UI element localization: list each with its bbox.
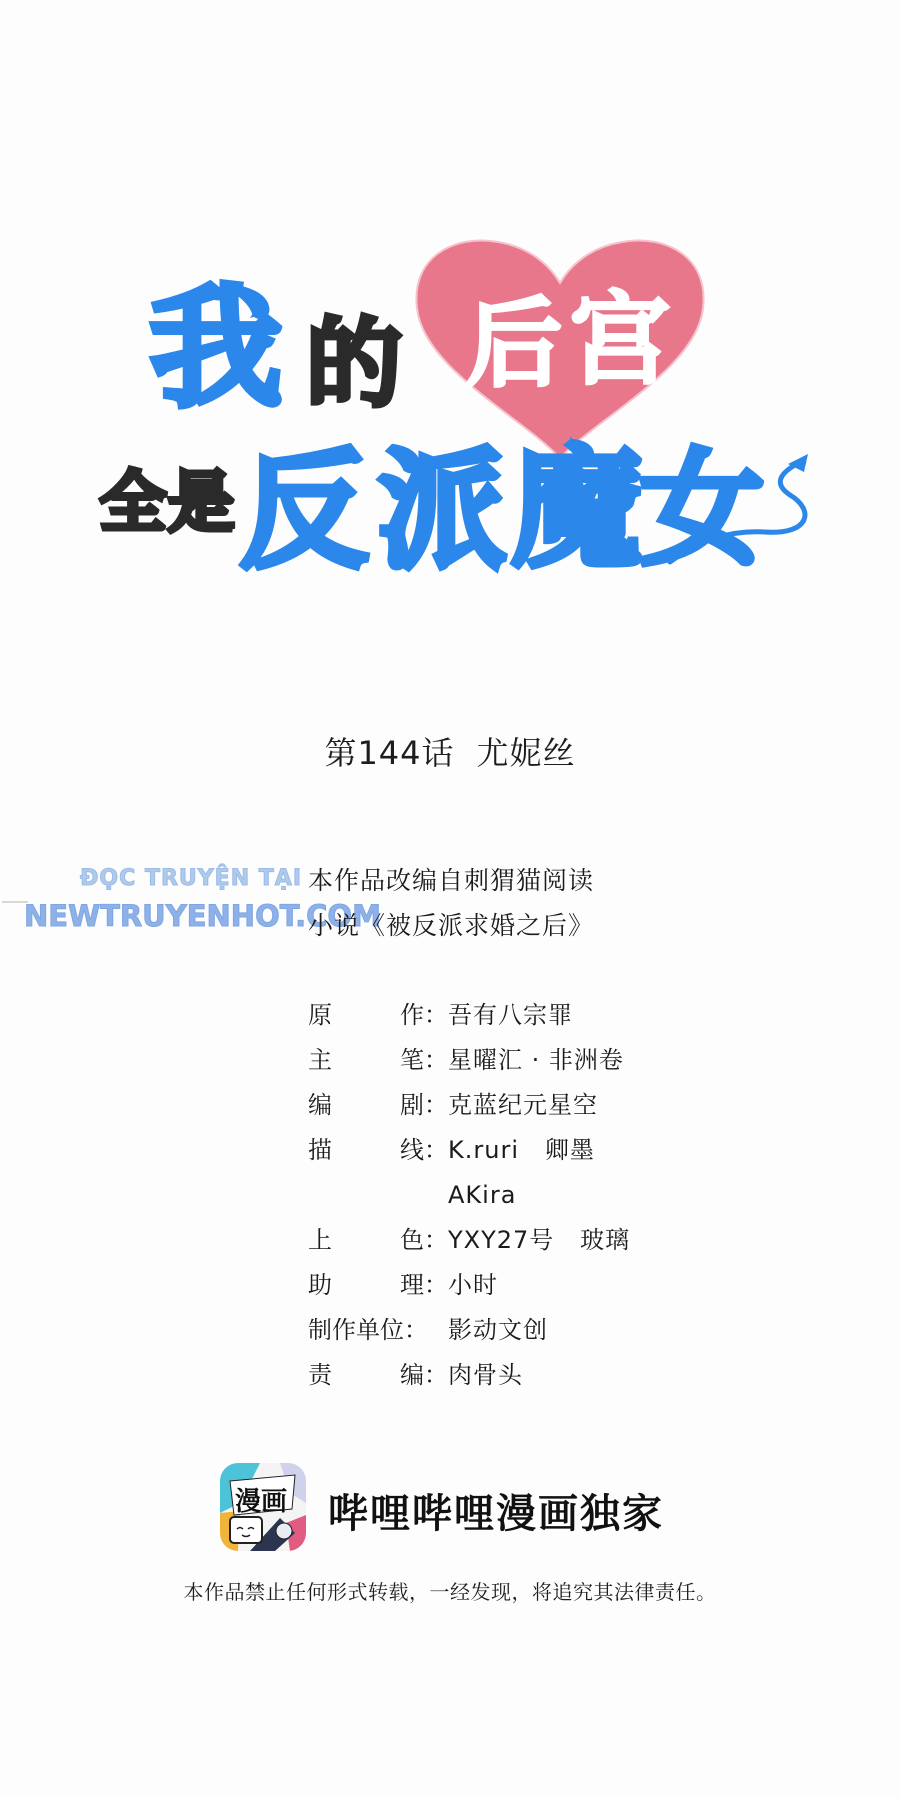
credit-value: 克蓝纪元星空 [448,1083,598,1128]
bilibili-manga-app-icon: 漫画 [220,1463,306,1551]
credit-label: 责编： [308,1353,448,1398]
logo-char-de: 的 [306,316,402,412]
credit-label: 助理： [308,1263,448,1308]
credit-row-original: 原作： 吾有八宗罪 [308,993,630,1038]
credit-row-editor: 责编： 肉骨头 [308,1353,630,1398]
credit-value: AKira [448,1173,516,1218]
credit-row-color: 上色： YXY27号 玻璃 [308,1218,630,1263]
logo-char-gong: 宫 [570,290,670,390]
adaptation-line-1: 本作品改编自刺猬猫阅读 [308,858,594,903]
credit-row-assistant: 助理： 小时 [308,1263,630,1308]
credit-value: 星曜汇 · 非洲卷 [448,1038,624,1083]
chapter-number: 第144话 [324,734,454,772]
logo-char-fan: 反 [240,448,368,576]
credit-label: 描线： [308,1128,448,1173]
credit-row-script: 编剧： 克蓝纪元星空 [308,1083,630,1128]
credit-label [308,1173,448,1218]
credit-row-lineart: 描线： K.ruri 卿墨 [308,1128,630,1173]
credit-label: 制作单位： [308,1308,448,1353]
credits-list: 原作： 吾有八宗罪 主笔： 星曜汇 · 非洲卷 编剧： 克蓝纪元星空 描线： K… [308,993,630,1398]
credit-label: 主笔： [308,1038,448,1083]
series-logo: 我 的 后 宫 全 是 反 派 魔 女 [0,0,900,600]
credit-label: 编剧： [308,1083,448,1128]
devil-tail-icon [660,450,830,580]
credit-value: 影动文创 [448,1308,548,1353]
logo-char-wo: 我 [150,283,282,415]
logo-char-mo: 魔 [512,444,642,574]
adaptation-note: 本作品改编自刺猬猫阅读 小说《被反派求婚之后》 [308,858,594,948]
logo-char-quan: 全 [100,470,166,536]
credit-value: YXY27号 玻璃 [448,1218,630,1263]
logo-char-pai: 派 [378,448,506,576]
platform-exclusive-label: 哔哩哔哩漫画独家 [328,1482,664,1539]
app-icon-text: 漫画 [235,1481,287,1518]
copyright-disclaimer: 本作品禁止任何形式转载，一经发现，将追究其法律责任。 [0,1576,900,1605]
logo-char-hou: 后 [466,296,562,392]
credit-label: 上色： [308,1218,448,1263]
credit-value: K.ruri 卿墨 [448,1128,595,1173]
credit-row-lineart-cont: AKira [308,1173,630,1218]
credit-value: 小时 [448,1263,498,1308]
watermark-line-1: ĐỌC TRUYỆN TẠI [80,866,302,891]
credit-row-studio: 制作单位： 影动文创 [308,1308,630,1353]
credit-label: 原作： [308,993,448,1038]
logo-char-shi: 是 [168,470,234,536]
credit-value: 吾有八宗罪 [448,993,573,1038]
chapter-name: 尤妮丝 [477,734,576,772]
credit-value: 肉骨头 [448,1353,523,1398]
credit-row-lead-artist: 主笔： 星曜汇 · 非洲卷 [308,1038,630,1083]
adaptation-line-2: 小说《被反派求婚之后》 [308,903,594,948]
chapter-title: 第144话尤妮丝 [0,728,900,774]
